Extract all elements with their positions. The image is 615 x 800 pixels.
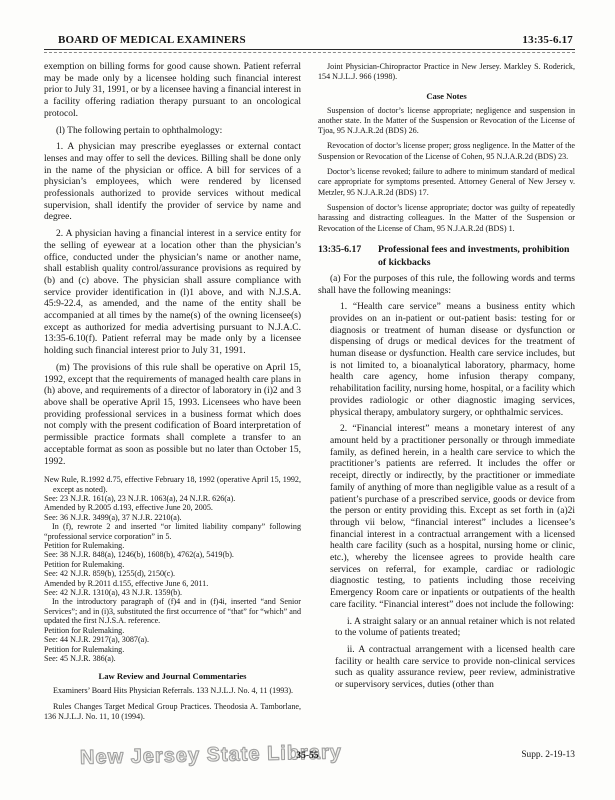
history-notes: New Rule, R.1992 d.75, effective Februar… (44, 475, 301, 663)
commentary: Rules Changes Target Medical Group Pract… (44, 702, 301, 723)
history-note: Petition for Rulemaking. (44, 560, 301, 569)
rule-number: 13:35-6.17 (318, 243, 370, 269)
header-row: BOARD OF MEDICAL EXAMINERS 13:35-6.17 (44, 34, 575, 46)
document-page: BOARD OF MEDICAL EXAMINERS 13:35-6.17 ex… (0, 0, 615, 800)
history-note: See: 42 N.J.R. 1310(a), 43 N.J.R. 1359(b… (44, 588, 301, 597)
case-note: Revocation of doctor’s license proper; g… (318, 141, 575, 162)
paragraph-continuation: exemption on billing forms for good caus… (44, 62, 301, 121)
paragraph-l1: 1. A physician may prescribe eyeglasses … (44, 142, 301, 224)
commentary: Examiners’ Board Hits Physician Referral… (44, 686, 301, 696)
paragraph-a1: 1. “Health care service” means a busines… (330, 302, 575, 419)
history-note: See: 44 N.J.R. 2917(a), 3087(a). (44, 635, 301, 644)
case-note: Suspension of doctor’s license appropria… (318, 203, 575, 234)
history-note: Petition for Rulemaking. (44, 541, 301, 550)
paragraph-a2: 2. “Financial interest” means a monetary… (330, 424, 575, 611)
history-note: See: 45 N.J.R. 386(a). (44, 654, 301, 663)
header-rule-solid (44, 49, 575, 50)
history-note: See: 36 N.J.R. 3499(a), 37 N.J.R. 2210(a… (44, 513, 301, 522)
paragraph-a2ii: ii. A contractual arrangement with a lic… (335, 645, 575, 692)
header-rule-dashed (44, 52, 575, 53)
history-note: Petition for Rulemaking. (44, 626, 301, 635)
history-note: In (f), rewrote 2 and inserted “or limit… (44, 522, 301, 541)
left-column: exemption on billing forms for good caus… (44, 62, 301, 738)
paragraph-a2i: i. A straight salary or an annual retain… (335, 617, 575, 640)
paragraph-l: (l) The following pertain to ophthalmolo… (44, 126, 301, 138)
right-column: Joint Physician-Chiropractor Practice in… (318, 62, 575, 743)
case-note: Doctor’s license revoked; failure to adh… (318, 167, 575, 198)
header-title: BOARD OF MEDICAL EXAMINERS (58, 34, 246, 46)
history-note: See: 42 N.J.R. 859(b), 1255(d), 2150(c). (44, 569, 301, 578)
header-section-number: 13:35-6.17 (522, 34, 573, 46)
history-note: In the introductory paragraph of (f)4 an… (44, 597, 301, 625)
commentary-continued: Joint Physician-Chiropractor Practice in… (318, 62, 575, 83)
page-header: BOARD OF MEDICAL EXAMINERS 13:35-6.17 (44, 34, 575, 53)
paragraph-m: (m) The provisions of this rule shall be… (44, 363, 301, 468)
rule-title: Professional fees and investments, prohi… (378, 243, 570, 269)
supplement-date: Supp. 2-19-13 (521, 750, 575, 760)
rule-heading: 13:35-6.17 Professional fees and investm… (318, 243, 575, 269)
history-note: Petition for Rulemaking. (44, 645, 301, 654)
history-note: Amended by R.2005 d.193, effective June … (44, 503, 301, 512)
law-review-heading: Law Review and Journal Commentaries (44, 671, 301, 681)
case-note: Suspension of doctor’s license appropria… (318, 106, 575, 137)
case-notes-heading: Case Notes (318, 91, 575, 101)
history-note: New Rule, R.1992 d.75, effective Februar… (44, 475, 301, 494)
history-note: See: 23 N.J.R. 161(a), 23 N.J.R. 1063(a)… (44, 494, 301, 503)
history-note: Amended by R.2011 d.155, effective June … (44, 579, 301, 588)
history-note: See: 38 N.J.R. 848(a), 1246(b), 1608(b),… (44, 550, 301, 559)
paragraph-a: (a) For the purposes of this rule, the f… (318, 274, 575, 297)
paragraph-l2: 2. A physician having a financial intere… (44, 229, 301, 358)
